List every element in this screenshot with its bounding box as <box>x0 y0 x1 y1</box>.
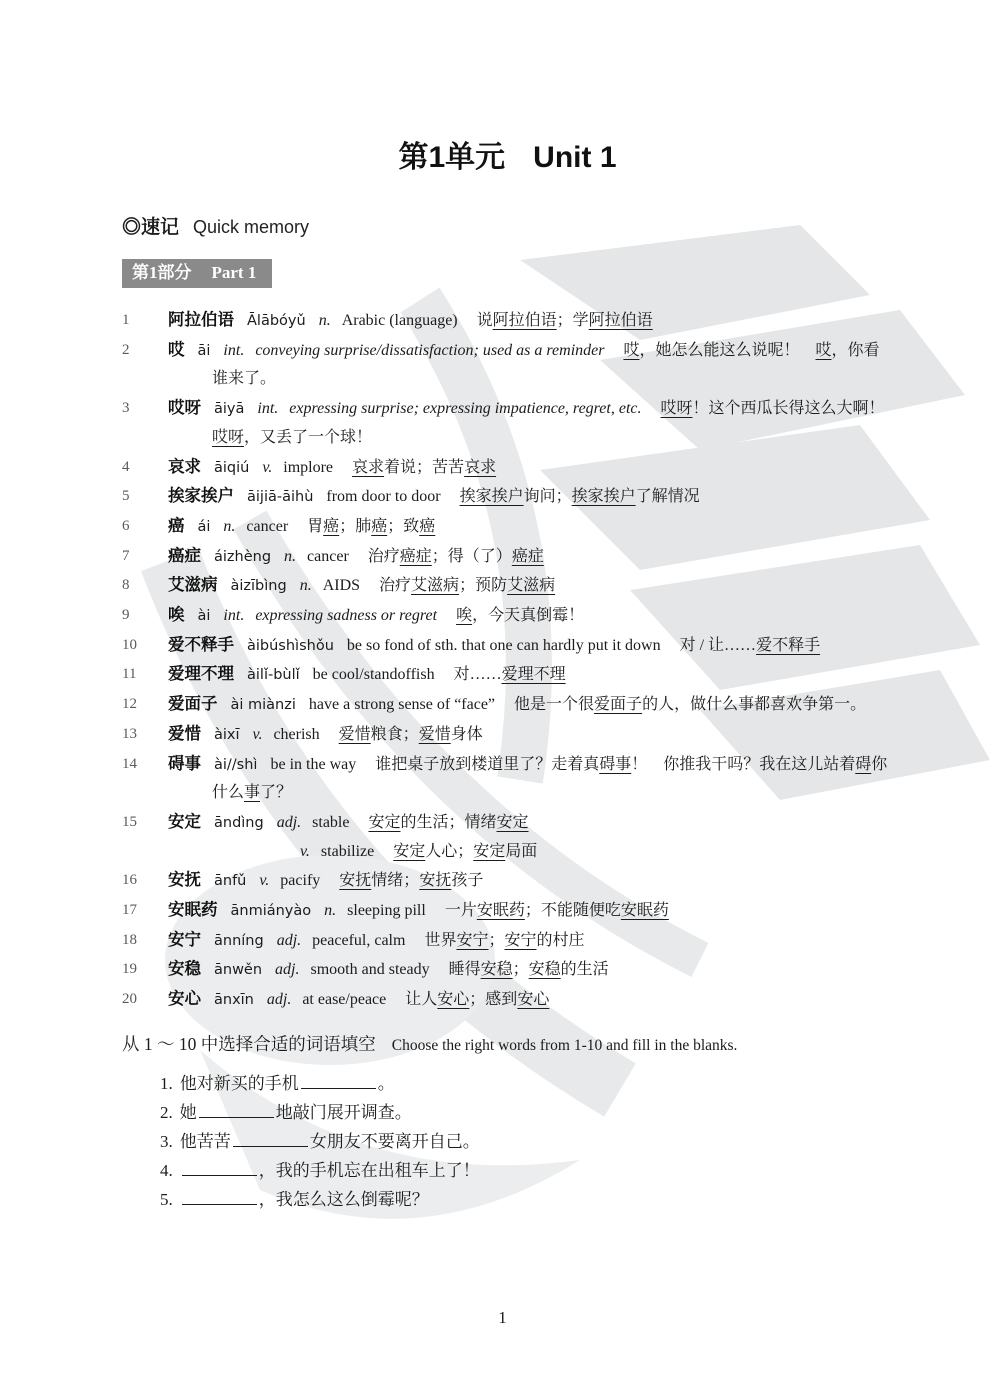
entry-example-segment: 阿拉伯语 <box>493 312 557 329</box>
entry-example-segment: 安心 <box>437 991 469 1008</box>
entry-pos: adj. <box>277 814 301 831</box>
entry-word: 艾滋病 <box>168 576 218 594</box>
entry-example-segment: 胃 <box>307 518 323 535</box>
entry-number: 1 <box>122 306 168 336</box>
entry-pinyin: àizībìng <box>231 578 287 594</box>
entry-number: 15 <box>122 808 168 866</box>
exercise-item-post-text: 。 <box>378 1074 395 1093</box>
entry-number: 14 <box>122 750 168 808</box>
entry-example-segment: 粮食； <box>371 726 419 743</box>
entry-meaning: be in the way <box>270 756 356 773</box>
entry-body: 癌症áizhèngn.cancer治疗癌症；得（了）癌症 <box>168 542 893 572</box>
fill-in-blank[interactable] <box>199 1102 274 1117</box>
entry-number: 18 <box>122 926 168 956</box>
entry-meaning: have a strong sense of “face” <box>309 696 495 713</box>
entry-example-segment: ； <box>488 932 504 949</box>
exercise-item-number: 3. <box>160 1132 173 1151</box>
entry-example-segment: 治疗 <box>368 548 400 565</box>
entry-example-segment: 询问； <box>524 488 572 505</box>
exercise-item: 2.她地敲门展开调查。 <box>160 1098 893 1127</box>
vocab-entry: 4哀求āiqiúv.implore哀求着说；苦苦哀求 <box>122 453 893 483</box>
entry-example-segment: ； <box>513 961 529 978</box>
exercise-item-post-text: ，我怎么这么倒霉呢？ <box>259 1190 429 1209</box>
exercise-item: 5.，我怎么这么倒霉呢？ <box>160 1185 893 1214</box>
entry-example-segment: 安稳 <box>529 961 561 978</box>
entry-example-segment: 哎 <box>623 342 639 359</box>
entry-body: 哎āiint.conveying surprise/dissatisfactio… <box>168 336 893 394</box>
entry-word: 癌症 <box>168 547 201 565</box>
entry-word: 爱惜 <box>168 725 201 743</box>
entry-body: 阿拉伯语Ālābóyǔn.Arabic (language)说阿拉伯语；学阿拉伯… <box>168 306 893 336</box>
entry-example-segment: 挨家挨户 <box>572 488 636 505</box>
entry-example-segment: 安定 <box>393 843 425 860</box>
entry-example-segment: 安抚 <box>339 872 371 889</box>
entry-pinyin: āijiā-āihù <box>247 489 313 505</box>
entry-example-segment: ；致 <box>387 518 419 535</box>
vocab-entry: 20安心ānxīnadj.at ease/peace让人安心；感到安心 <box>122 985 893 1015</box>
entry-number: 6 <box>122 512 168 542</box>
entry-example-segment: 挨家挨户 <box>460 488 524 505</box>
page-content: 第1单元Unit 1 ◎速记Quick memory 第1部分Part 1 1阿… <box>122 0 893 1214</box>
entry-example-segment: 谁把桌子放到楼道里了？走着真 <box>375 756 599 773</box>
entry-example-segment: 了解情况 <box>636 488 700 505</box>
exercise-item-post-text: 女朋友不要离开自己。 <box>310 1132 480 1151</box>
fill-in-blank[interactable] <box>233 1131 308 1146</box>
entry-pos: v. <box>300 843 310 860</box>
entry-example-segment: 爱惜 <box>339 726 371 743</box>
entry-subdefinition: v.stabilize安定人心；安定局面 <box>300 838 893 867</box>
entry-body: 爱不释手àibúshìshǒube so fond of sth. that o… <box>168 631 893 661</box>
entry-meaning: stabilize <box>321 843 374 860</box>
entry-example-segment: 人心； <box>425 843 473 860</box>
entry-body: 碍事ài//shìbe in the way谁把桌子放到楼道里了？走着真碍事！ … <box>168 750 893 808</box>
exercise-item-number: 2. <box>160 1103 173 1122</box>
textbook-page: 第1单元Unit 1 ◎速记Quick memory 第1部分Part 1 1阿… <box>0 0 1005 1400</box>
entry-word: 安定 <box>168 813 201 831</box>
entry-example-segment: 睡得 <box>449 961 481 978</box>
entry-body: 爱惜àixīv.cherish爱惜粮食；爱惜身体 <box>168 720 893 750</box>
entry-example-segment: 安稳 <box>481 961 513 978</box>
entry-pos: adj. <box>277 932 301 949</box>
entry-number: 8 <box>122 571 168 601</box>
entry-meaning: sleeping pill <box>347 902 426 919</box>
entry-meaning: from door to door <box>326 488 440 505</box>
entry-example-segment: 癌 <box>323 518 339 535</box>
entry-number: 16 <box>122 866 168 896</box>
entry-example-segment: 一片 <box>445 902 477 919</box>
entry-number: 5 <box>122 482 168 512</box>
entry-word: 安眠药 <box>168 901 218 919</box>
entry-pinyin: ái <box>198 519 211 535</box>
entry-example-segment: 安眠药 <box>621 902 669 919</box>
entry-example-segment: 爱理不理 <box>502 666 566 683</box>
vocab-list: 1阿拉伯语Ālābóyǔn.Arabic (language)说阿拉伯语；学阿拉… <box>122 306 893 1015</box>
entry-body: 艾滋病àizībìngn.AIDS治疗艾滋病；预防艾滋病 <box>168 571 893 601</box>
entry-number: 7 <box>122 542 168 572</box>
entry-example-segment: 哎呀 <box>212 429 244 446</box>
entry-number: 3 <box>122 394 168 452</box>
entry-pos: v. <box>262 459 272 476</box>
entry-pinyin: Ālābóyǔ <box>247 313 306 329</box>
entry-number: 17 <box>122 896 168 926</box>
vocab-entry: 3哎呀āiyāint.expressing surprise; expressi… <box>122 394 893 452</box>
entry-word: 安宁 <box>168 931 201 949</box>
vocab-entry: 11爱理不理àilǐ-bùlǐbe cool/standoffish对……爱理不… <box>122 660 893 690</box>
entry-example-segment: 艾滋病 <box>507 577 555 594</box>
entry-pinyin: āiyā <box>214 401 244 417</box>
entry-example-segment: ；肺 <box>339 518 371 535</box>
unit-title-chinese: 第1单元 <box>398 141 505 174</box>
entry-body: 唉àiint.expressing sadness or regret唉，今天真… <box>168 601 893 631</box>
entry-meaning: be cool/standoffish <box>313 666 435 683</box>
entry-pinyin: ānníng <box>214 933 264 949</box>
entry-example-segment: 艾滋病 <box>411 577 459 594</box>
entry-pos: n. <box>300 577 312 594</box>
entry-pos: n. <box>324 902 336 919</box>
entry-pos: int. <box>223 342 244 359</box>
entry-number: 4 <box>122 453 168 483</box>
entry-pinyin: áizhèng <box>214 549 271 565</box>
entry-example-segment: 着说；苦苦 <box>384 459 464 476</box>
entry-pos: n. <box>284 548 296 565</box>
vocab-entry: 6癌áin.cancer胃癌；肺癌；致癌 <box>122 512 893 542</box>
entry-example-segment: ！这个西瓜长得这么大啊！ <box>693 400 901 417</box>
entry-meaning: smooth and steady <box>311 961 430 978</box>
entry-example-segment: ；得（了） <box>432 548 512 565</box>
exercise-item-post-text: ，我的手机忘在出租车上了！ <box>259 1161 480 1180</box>
vocab-entry: 1阿拉伯语Ālābóyǔn.Arabic (language)说阿拉伯语；学阿拉… <box>122 306 893 336</box>
entry-meaning: at ease/peace <box>302 991 386 1008</box>
entry-example-segment: 癌症 <box>400 548 432 565</box>
entry-example-segment: 哎呀 <box>661 400 693 417</box>
entry-example-segment: 的人，做什么事都喜欢争第一。 <box>642 696 866 713</box>
entry-body: 癌áin.cancer胃癌；肺癌；致癌 <box>168 512 893 542</box>
entry-pos: n. <box>319 312 331 329</box>
entry-pinyin: àixī <box>214 727 240 743</box>
page-title: 第1单元Unit 1 <box>122 140 893 176</box>
entry-example-segment: 癌 <box>419 518 435 535</box>
entry-word: 安抚 <box>168 871 201 889</box>
entry-pos: v. <box>259 872 269 889</box>
entry-example-segment: 治疗 <box>379 577 411 594</box>
exercise-item-number: 1. <box>160 1074 173 1093</box>
entry-word: 哀求 <box>168 458 201 476</box>
vocab-entry: 14碍事ài//shìbe in the way谁把桌子放到楼道里了？走着真碍事… <box>122 750 893 808</box>
entry-meaning: cancer <box>246 518 288 535</box>
entry-example-segment: 安定 <box>368 814 400 831</box>
entry-example-segment: 孩子 <box>451 872 483 889</box>
entry-word: 癌 <box>168 517 185 535</box>
entry-example-segment: 安眠药 <box>477 902 525 919</box>
entry-meaning: expressing surprise; expressing impatien… <box>289 400 641 417</box>
entry-word: 碍事 <box>168 755 201 773</box>
entry-pinyin: àilǐ-bùlǐ <box>247 667 300 683</box>
entry-example-segment: ；不能随便吃 <box>525 902 621 919</box>
entry-example-segment: 的村庄 <box>537 932 585 949</box>
entry-pinyin: āiqiú <box>214 460 249 476</box>
entry-example-segment: 身体 <box>451 726 483 743</box>
part-header-en: Part 1 <box>212 263 257 282</box>
quick-memory-en: Quick memory <box>193 217 309 237</box>
entry-example-segment: ，又丢了一个球！ <box>244 429 372 446</box>
entry-pinyin: ài <box>198 608 211 624</box>
entry-example-segment: 爱不释手 <box>756 637 820 654</box>
entry-example-segment: ；预防 <box>459 577 507 594</box>
unit-title-english: Unit 1 <box>533 141 616 174</box>
entry-example-segment: 的生活 <box>561 961 609 978</box>
entry-word: 哎 <box>168 341 185 359</box>
entry-example-segment: ；感到 <box>469 991 517 1008</box>
entry-example-segment: 情绪； <box>371 872 419 889</box>
entry-example-segment: 碍事 <box>599 756 631 773</box>
entry-body: 安心ānxīnadj.at ease/peace让人安心；感到安心 <box>168 985 893 1015</box>
fill-in-blank[interactable] <box>182 1160 257 1175</box>
vocab-entry: 10爱不释手àibúshìshǒube so fond of sth. that… <box>122 631 893 661</box>
fill-in-blank[interactable] <box>301 1073 376 1088</box>
page-number: 1 <box>0 1308 1005 1328</box>
entry-example-segment: 安定 <box>497 814 529 831</box>
vocab-entry: 16安抚ānfǔv.pacify安抚情绪；安抚孩子 <box>122 866 893 896</box>
entry-number: 13 <box>122 720 168 750</box>
entry-number: 20 <box>122 985 168 1015</box>
entry-word: 爱面子 <box>168 695 218 713</box>
entry-meaning: implore <box>283 459 333 476</box>
entry-number: 11 <box>122 660 168 690</box>
entry-pos: adj. <box>275 961 299 978</box>
entry-pos: v. <box>253 726 263 743</box>
entry-body: 爱理不理àilǐ-bùlǐbe cool/standoffish对……爱理不理 <box>168 660 893 690</box>
entry-pinyin: ānwěn <box>214 962 262 978</box>
entry-body: 安定āndìngadj.stable安定的生活；情绪安定v.stabilize安… <box>168 808 893 866</box>
entry-example-segment: 安心 <box>517 991 549 1008</box>
entry-word: 阿拉伯语 <box>168 311 234 329</box>
entry-meaning: cherish <box>273 726 319 743</box>
entry-word: 爱不释手 <box>168 636 234 654</box>
entry-example-segment: 安定 <box>473 843 505 860</box>
fill-in-blank[interactable] <box>182 1189 257 1204</box>
entry-example-segment: ，今天真倒霉！ <box>472 607 584 624</box>
vocab-entry: 13爱惜àixīv.cherish爱惜粮食；爱惜身体 <box>122 720 893 750</box>
vocab-entry: 5挨家挨户āijiā-āihùfrom door to door挨家挨户询问；挨… <box>122 482 893 512</box>
entry-example-segment: 阿拉伯语 <box>589 312 653 329</box>
entry-pinyin: àibúshìshǒu <box>247 638 334 654</box>
vocab-entry: 8艾滋病àizībìngn.AIDS治疗艾滋病；预防艾滋病 <box>122 571 893 601</box>
entry-example-segment: 局面 <box>505 843 537 860</box>
entry-pinyin: ānfǔ <box>214 873 246 889</box>
entry-example-segment: 安宁 <box>504 932 536 949</box>
entry-meaning: cancer <box>307 548 349 565</box>
entry-pinyin: ài miànzi <box>231 697 296 713</box>
entry-word: 安心 <box>168 990 201 1008</box>
entry-example-segment: 了？ <box>260 784 292 801</box>
vocab-entry: 2哎āiint.conveying surprise/dissatisfacti… <box>122 336 893 394</box>
entry-body: 安眠药ānmiányàon.sleeping pill一片安眠药；不能随便吃安眠… <box>168 896 893 926</box>
exercise-instruction-en: Choose the right words from 1-10 and fil… <box>392 1037 738 1054</box>
entry-word: 爱理不理 <box>168 665 234 683</box>
entry-body: 安稳ānwěnadj.smooth and steady睡得安稳；安稳的生活 <box>168 955 893 985</box>
vocab-entry: 19安稳ānwěnadj.smooth and steady睡得安稳；安稳的生活 <box>122 955 893 985</box>
entry-example-segment: 爱惜 <box>419 726 451 743</box>
vocab-entry: 7癌症áizhèngn.cancer治疗癌症；得（了）癌症 <box>122 542 893 572</box>
entry-body: 安抚ānfǔv.pacify安抚情绪；安抚孩子 <box>168 866 893 896</box>
entry-pinyin: āi <box>198 343 211 359</box>
entry-example-segment: 哀求 <box>352 459 384 476</box>
entry-example-segment: 让人 <box>405 991 437 1008</box>
entry-body: 挨家挨户āijiā-āihùfrom door to door挨家挨户询问；挨家… <box>168 482 893 512</box>
entry-meaning: pacify <box>280 872 320 889</box>
entry-example-segment: 对 / 让…… <box>680 637 756 654</box>
entry-example-segment: 癌 <box>371 518 387 535</box>
entry-pos: adj. <box>267 991 291 1008</box>
exercise-item-pre-text: 她 <box>180 1103 197 1122</box>
entry-meaning: conveying surprise/dissatisfaction; used… <box>255 342 604 359</box>
entry-number: 19 <box>122 955 168 985</box>
entry-meaning: AIDS <box>323 577 360 594</box>
exercise-item: 1.他对新买的手机。 <box>160 1069 893 1098</box>
entry-word: 挨家挨户 <box>168 487 234 505</box>
entry-meaning: expressing sadness or regret <box>255 607 437 624</box>
entry-pinyin: ānxīn <box>214 992 254 1008</box>
entry-meaning: Arabic (language) <box>342 312 458 329</box>
entry-example-segment: 哎 <box>816 342 832 359</box>
entry-meaning: stable <box>312 814 349 831</box>
entry-body: 哀求āiqiúv.implore哀求着说；苦苦哀求 <box>168 453 893 483</box>
exercise-item-post-text: 地敲门展开调查。 <box>276 1103 412 1122</box>
vocab-entry: 17安眠药ānmiányàon.sleeping pill一片安眠药；不能随便吃… <box>122 896 893 926</box>
entry-number: 12 <box>122 690 168 720</box>
entry-pos: n. <box>223 518 235 535</box>
entry-example-segment: 哀求 <box>464 459 496 476</box>
entry-example-segment: 世界 <box>424 932 456 949</box>
part-header-zh: 第1部分 <box>132 263 192 282</box>
exercise-item: 3.他苦苦女朋友不要离开自己。 <box>160 1127 893 1156</box>
entry-example-segment: 的生活；情绪 <box>401 814 497 831</box>
entry-example-segment: 事 <box>244 784 260 801</box>
exercise-section: 从 1 ～ 10 中选择合适的词语填空Choose the right word… <box>122 1031 893 1214</box>
entry-number: 10 <box>122 631 168 661</box>
entry-example-segment: 爱面子 <box>594 696 642 713</box>
entry-word: 唉 <box>168 606 185 624</box>
entry-example-segment: 对…… <box>454 666 502 683</box>
entry-pinyin: āndìng <box>214 815 264 831</box>
quick-memory-heading: ◎速记Quick memory <box>122 212 893 239</box>
entry-pos: int. <box>223 607 244 624</box>
entry-pinyin: ānmiányào <box>231 903 312 919</box>
exercise-item-number: 4. <box>160 1161 173 1180</box>
vocab-entry: 18安宁ānníngadj.peaceful, calm世界安宁；安宁的村庄 <box>122 926 893 956</box>
entry-body: 爱面子ài miànzihave a strong sense of “face… <box>168 690 893 720</box>
entry-word: 安稳 <box>168 960 201 978</box>
exercise-item-pre-text: 他苦苦 <box>180 1132 231 1151</box>
vocab-entry: 9唉àiint.expressing sadness or regret唉，今天… <box>122 601 893 631</box>
entry-example-segment: 安宁 <box>456 932 488 949</box>
entry-number: 2 <box>122 336 168 394</box>
entry-example-segment: ；学 <box>557 312 589 329</box>
exercise-items: 1.他对新买的手机。2.她地敲门展开调查。3.他苦苦女朋友不要离开自己。4.，我… <box>160 1069 893 1214</box>
entry-meaning: be so fond of sth. that one can hardly p… <box>347 637 661 654</box>
entry-word: 哎呀 <box>168 399 201 417</box>
entry-example-segment: ，她怎么能这么说呢！ <box>639 342 815 359</box>
entry-number: 9 <box>122 601 168 631</box>
exercise-instruction-zh: 从 1 ～ 10 中选择合适的词语填空 <box>122 1034 376 1054</box>
entry-example-segment: 安抚 <box>419 872 451 889</box>
vocab-entry: 12爱面子ài miànzihave a strong sense of “fa… <box>122 690 893 720</box>
exercise-item-number: 5. <box>160 1190 173 1209</box>
exercise-item: 4.，我的手机忘在出租车上了！ <box>160 1156 893 1185</box>
exercise-instruction: 从 1 ～ 10 中选择合适的词语填空Choose the right word… <box>122 1031 893 1056</box>
entry-example-segment: ！ 你推我干吗？我在这儿站着 <box>631 756 855 773</box>
entry-example-segment: 说 <box>477 312 493 329</box>
entry-pinyin: ài//shì <box>214 757 257 773</box>
entry-example-segment: 唉 <box>456 607 472 624</box>
entry-example-segment: 癌症 <box>512 548 544 565</box>
vocab-entry: 15安定āndìngadj.stable安定的生活；情绪安定v.stabiliz… <box>122 808 893 866</box>
entry-body: 安宁ānníngadj.peaceful, calm世界安宁；安宁的村庄 <box>168 926 893 956</box>
exercise-item-pre-text: 他对新买的手机 <box>180 1074 299 1093</box>
entry-body: 哎呀āiyāint.expressing surprise; expressin… <box>168 394 893 452</box>
quick-memory-zh: ◎速记 <box>122 217 179 238</box>
entry-example-segment: 碍 <box>855 756 871 773</box>
part-header-bar: 第1部分Part 1 <box>122 259 272 288</box>
entry-example-segment: 他是一个很 <box>514 696 594 713</box>
entry-meaning: peaceful, calm <box>312 932 405 949</box>
entry-pos: int. <box>257 400 278 417</box>
